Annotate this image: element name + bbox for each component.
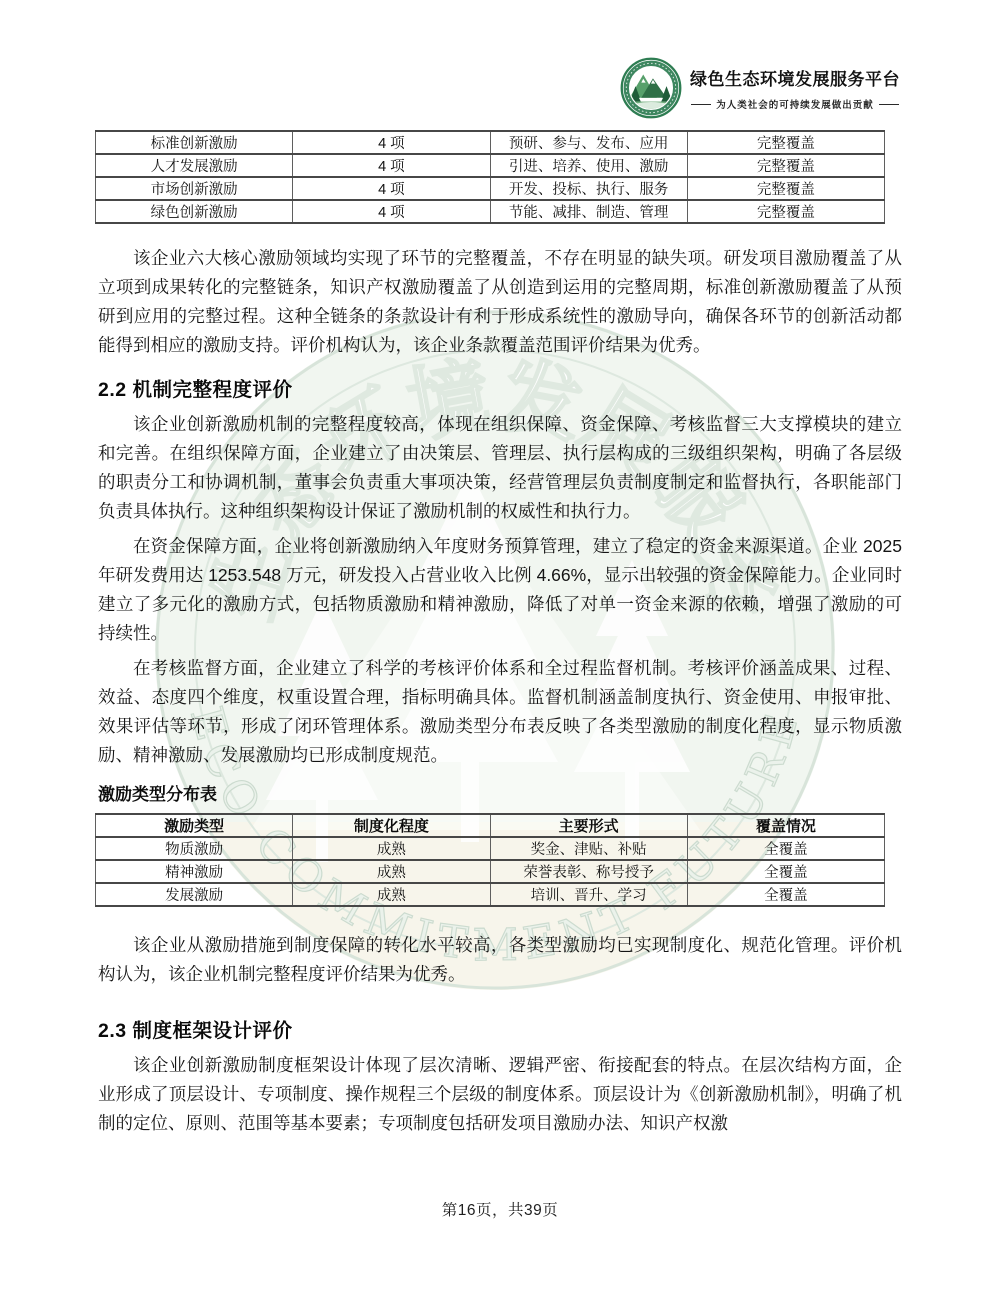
- cell: 4 项: [293, 200, 490, 223]
- cell: 精神激励: [96, 860, 293, 883]
- cell: 开发、投标、执行、服务: [490, 177, 687, 200]
- cell: 4 项: [293, 131, 490, 154]
- cell: 成熟: [293, 883, 490, 906]
- column-header: 激励类型: [96, 814, 293, 837]
- cell: 培训、晋升、学习: [490, 883, 687, 906]
- cell: 物质激励: [96, 837, 293, 860]
- cell: 全覆盖: [687, 883, 884, 906]
- document-content: 绿色生态环境发展服务平台 为人类社会的可持续发展做出贡献 标准创新激励 4 项 …: [0, 0, 1000, 1220]
- cell: 荣誉表彰、称号授予: [490, 860, 687, 883]
- page-footer: 第16页，共39页: [0, 1198, 1000, 1220]
- table-row: 人才发展激励 4 项 引进、培养、使用、激励 完整覆盖: [96, 154, 885, 177]
- cell: 绿色创新激励: [96, 200, 293, 223]
- paragraph-2-2-supervision: 在考核监督方面，企业建立了科学的考核评价体系和全过程监督机制。考核评价涵盖成果、…: [98, 654, 902, 770]
- table-header-row: 激励类型 制度化程度 主要形式 覆盖情况: [96, 814, 885, 837]
- column-header: 覆盖情况: [687, 814, 884, 837]
- tagline-rule-left: [691, 104, 711, 105]
- coverage-table: 标准创新激励 4 项 预研、参与、发布、应用 完整覆盖 人才发展激励 4 项 引…: [95, 130, 885, 224]
- cell: 成熟: [293, 837, 490, 860]
- brand-block: 绿色生态环境发展服务平台 为人类社会的可持续发展做出贡献: [690, 65, 900, 111]
- document-page: 生态环境发展服务 ECO COMMITMENT FUTURE: [0, 0, 1000, 1294]
- dist-table-title: 激励类型分布表: [98, 780, 1000, 805]
- cell: 全覆盖: [687, 837, 884, 860]
- cell: 完整覆盖: [687, 177, 884, 200]
- cell: 引进、培养、使用、激励: [490, 154, 687, 177]
- cell: 预研、参与、发布、应用: [490, 131, 687, 154]
- brand-title: 绿色生态环境发展服务平台: [690, 65, 900, 90]
- cell: 标准创新激励: [96, 131, 293, 154]
- platform-logo-icon: [620, 57, 682, 119]
- cell: 成熟: [293, 860, 490, 883]
- cell: 完整覆盖: [687, 154, 884, 177]
- table-row: 市场创新激励 4 项 开发、投标、执行、服务 完整覆盖: [96, 177, 885, 200]
- tagline-rule-right: [879, 104, 899, 105]
- cell: 4 项: [293, 177, 490, 200]
- column-header: 制度化程度: [293, 814, 490, 837]
- cell: 完整覆盖: [687, 131, 884, 154]
- cell: 4 项: [293, 154, 490, 177]
- section-heading-2-2: 2.2 机制完整程度评价: [98, 374, 1000, 402]
- table-row: 发展激励 成熟 培训、晋升、学习 全覆盖: [96, 883, 885, 906]
- table-row: 绿色创新激励 4 项 节能、减排、制造、管理 完整覆盖: [96, 200, 885, 223]
- cell: 市场创新激励: [96, 177, 293, 200]
- column-header: 主要形式: [490, 814, 687, 837]
- brand-tagline: 为人类社会的可持续发展做出贡献: [691, 97, 899, 111]
- paragraph-2-2-funding: 在资金保障方面，企业将创新激励纳入年度财务预算管理，建立了稳定的资金来源渠道。企…: [98, 532, 902, 648]
- table-row: 精神激励 成熟 荣誉表彰、称号授予 全覆盖: [96, 860, 885, 883]
- paragraph-2-3-framework: 该企业创新激励制度框架设计体现了层次清晰、逻辑严密、衔接配套的特点。在层次结构方…: [98, 1051, 902, 1138]
- incentive-type-table: 激励类型 制度化程度 主要形式 覆盖情况 物质激励 成熟 奖金、津贴、补贴 全覆…: [95, 813, 885, 907]
- cell: 奖金、津贴、补贴: [490, 837, 687, 860]
- cell: 人才发展激励: [96, 154, 293, 177]
- cell: 全覆盖: [687, 860, 884, 883]
- page-header: 绿色生态环境发展服务平台 为人类社会的可持续发展做出贡献: [0, 0, 1000, 126]
- table-row: 物质激励 成熟 奖金、津贴、补贴 全覆盖: [96, 837, 885, 860]
- paragraph-coverage-summary: 该企业六大核心激励领域均实现了环节的完整覆盖，不存在明显的缺失项。研发项目激励覆…: [98, 244, 902, 360]
- section-heading-2-3: 2.3 制度框架设计评价: [98, 1015, 1000, 1043]
- paragraph-2-2-conclusion: 该企业从激励措施到制度保障的转化水平较高，各类型激励均已实现制度化、规范化管理。…: [98, 931, 902, 989]
- page-number: 第16页，共39页: [442, 1202, 558, 1219]
- cell: 发展激励: [96, 883, 293, 906]
- tagline-text: 为人类社会的可持续发展做出贡献: [716, 97, 874, 111]
- cell: 完整覆盖: [687, 200, 884, 223]
- cell: 节能、减排、制造、管理: [490, 200, 687, 223]
- paragraph-2-2-organization: 该企业创新激励机制的完整程度较高，体现在组织保障、资金保障、考核监督三大支撑模块…: [98, 410, 902, 526]
- table-row: 标准创新激励 4 项 预研、参与、发布、应用 完整覆盖: [96, 131, 885, 154]
